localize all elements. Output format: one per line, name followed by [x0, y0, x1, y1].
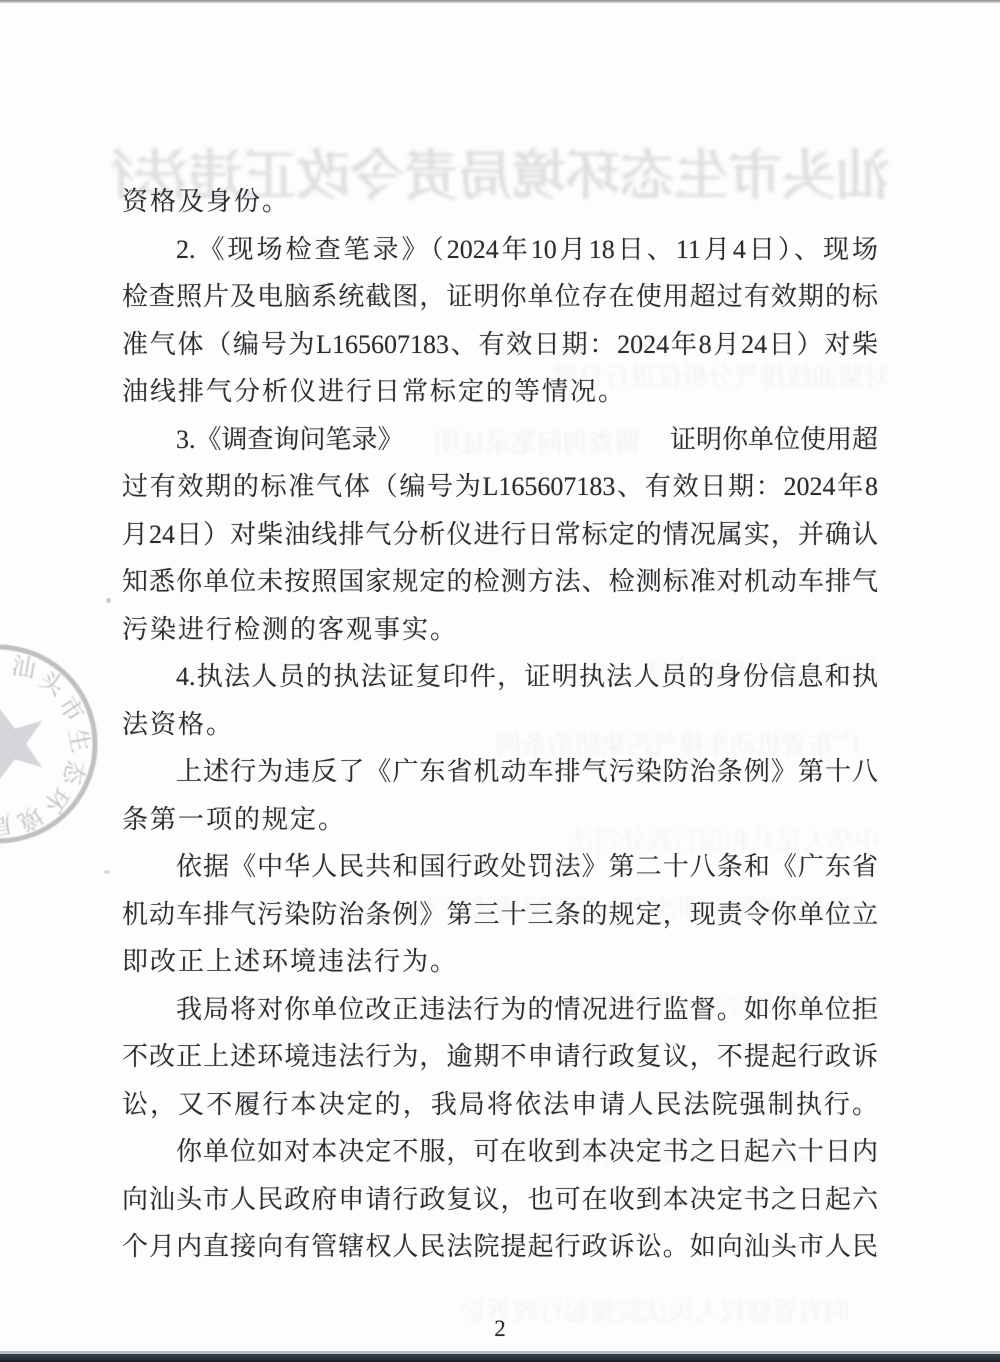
seal-char: 局: [0, 809, 14, 839]
scan-speck: [106, 598, 111, 603]
body-line: 条第一项的规定。: [122, 796, 878, 844]
body-line: 依据《中华人民共和国行政处罚法》第二十八条和《广东省: [122, 843, 878, 891]
official-seal-impression: 汕 头 市 生 态 环 境 局: [0, 636, 108, 856]
body-line: 资格及身份。: [122, 178, 878, 226]
body-line: 准气体（编号为L165607183、有效日期：2024年8月24日）对柴: [122, 321, 878, 369]
body-line: 上述行为违反了《广东省机动车排气污染防治条例》第十八: [122, 748, 878, 796]
body-line: 讼，又不履行本决定的，我局将依法申请人民法院强制执行。: [122, 1081, 878, 1129]
seal-char: 境: [13, 800, 48, 836]
evidence-3-label: 3.《调查询问笔录》: [122, 416, 404, 464]
body-line: 我局将对你单位改正违法行为的情况进行监督。如你单位拒: [122, 986, 878, 1034]
scan-speck: [104, 870, 110, 874]
body-line: 2.《现场检查笔录》（2024年10月18日、11月4日）、现场: [122, 226, 878, 274]
seal-star-icon: [0, 706, 42, 782]
document-body: 资格及身份。 2.《现场检查笔录》（2024年10月18日、11月4日）、现场 …: [122, 178, 878, 1271]
body-line: 4.执法人员的执法证复印件，证明执法人员的身份信息和执: [122, 653, 878, 701]
body-line: 即改正上述环境违法行为。: [122, 938, 878, 986]
seal-char: 生: [63, 726, 94, 755]
seal-char: 环: [38, 782, 74, 817]
seal-char: 汕: [9, 652, 37, 683]
body-line: 月24日）对柴油线排气分析仪进行日常标定的情况属实，并确认: [122, 511, 878, 559]
body-line: 检查照片及电脑系统截图，证明你单位存在使用超过有效期的标: [122, 273, 878, 321]
body-line: 不改正上述环境违法行为，逾期不申请行政复议，不提起行政诉: [122, 1033, 878, 1081]
page-number: 2: [0, 1316, 1000, 1342]
body-line-with-gap: 3.《调查询问笔录》 证明你单位使用超: [122, 416, 878, 464]
seal-char: 头: [34, 666, 70, 702]
body-line: 机动车排气污染防治条例》第三十三条的规定，现责令你单位立: [122, 891, 878, 939]
body-line: 油线排气分析仪进行日常标定的等情况。: [122, 368, 878, 416]
scan-top-edge: [0, 0, 1000, 3]
seal-ring: [0, 647, 95, 841]
body-line: 你单位如对本决定不服，可在收到本决定书之日起六十日内: [122, 1128, 878, 1176]
seal-char: 态: [57, 758, 89, 788]
body-line: 个月内直接向有管辖权人民法院提起行政诉讼。如向汕头市人民: [122, 1223, 878, 1271]
body-line: 向汕头市人民政府申请行政复议，也可在收到本决定书之日起六: [122, 1176, 878, 1224]
body-line: 法资格。: [122, 701, 878, 749]
body-line: 过有效期的标准气体（编号为L165607183、有效日期：2024年8: [122, 463, 878, 511]
body-line: 污染进行检测的客观事实。: [122, 606, 878, 654]
seal-char: 市: [53, 692, 89, 727]
evidence-3-continuation: 证明你单位使用超: [670, 416, 878, 464]
document-page: 汕头市生态环境局责令改正违法行为决定书 对柴油线排气分析仪进行日常 调查询问笔录…: [0, 0, 1000, 1362]
scan-bottom-edge: [0, 1354, 1000, 1362]
body-line: 知悉你单位未按照国家规定的检测方法、检测标准对机动车排气: [122, 558, 878, 606]
